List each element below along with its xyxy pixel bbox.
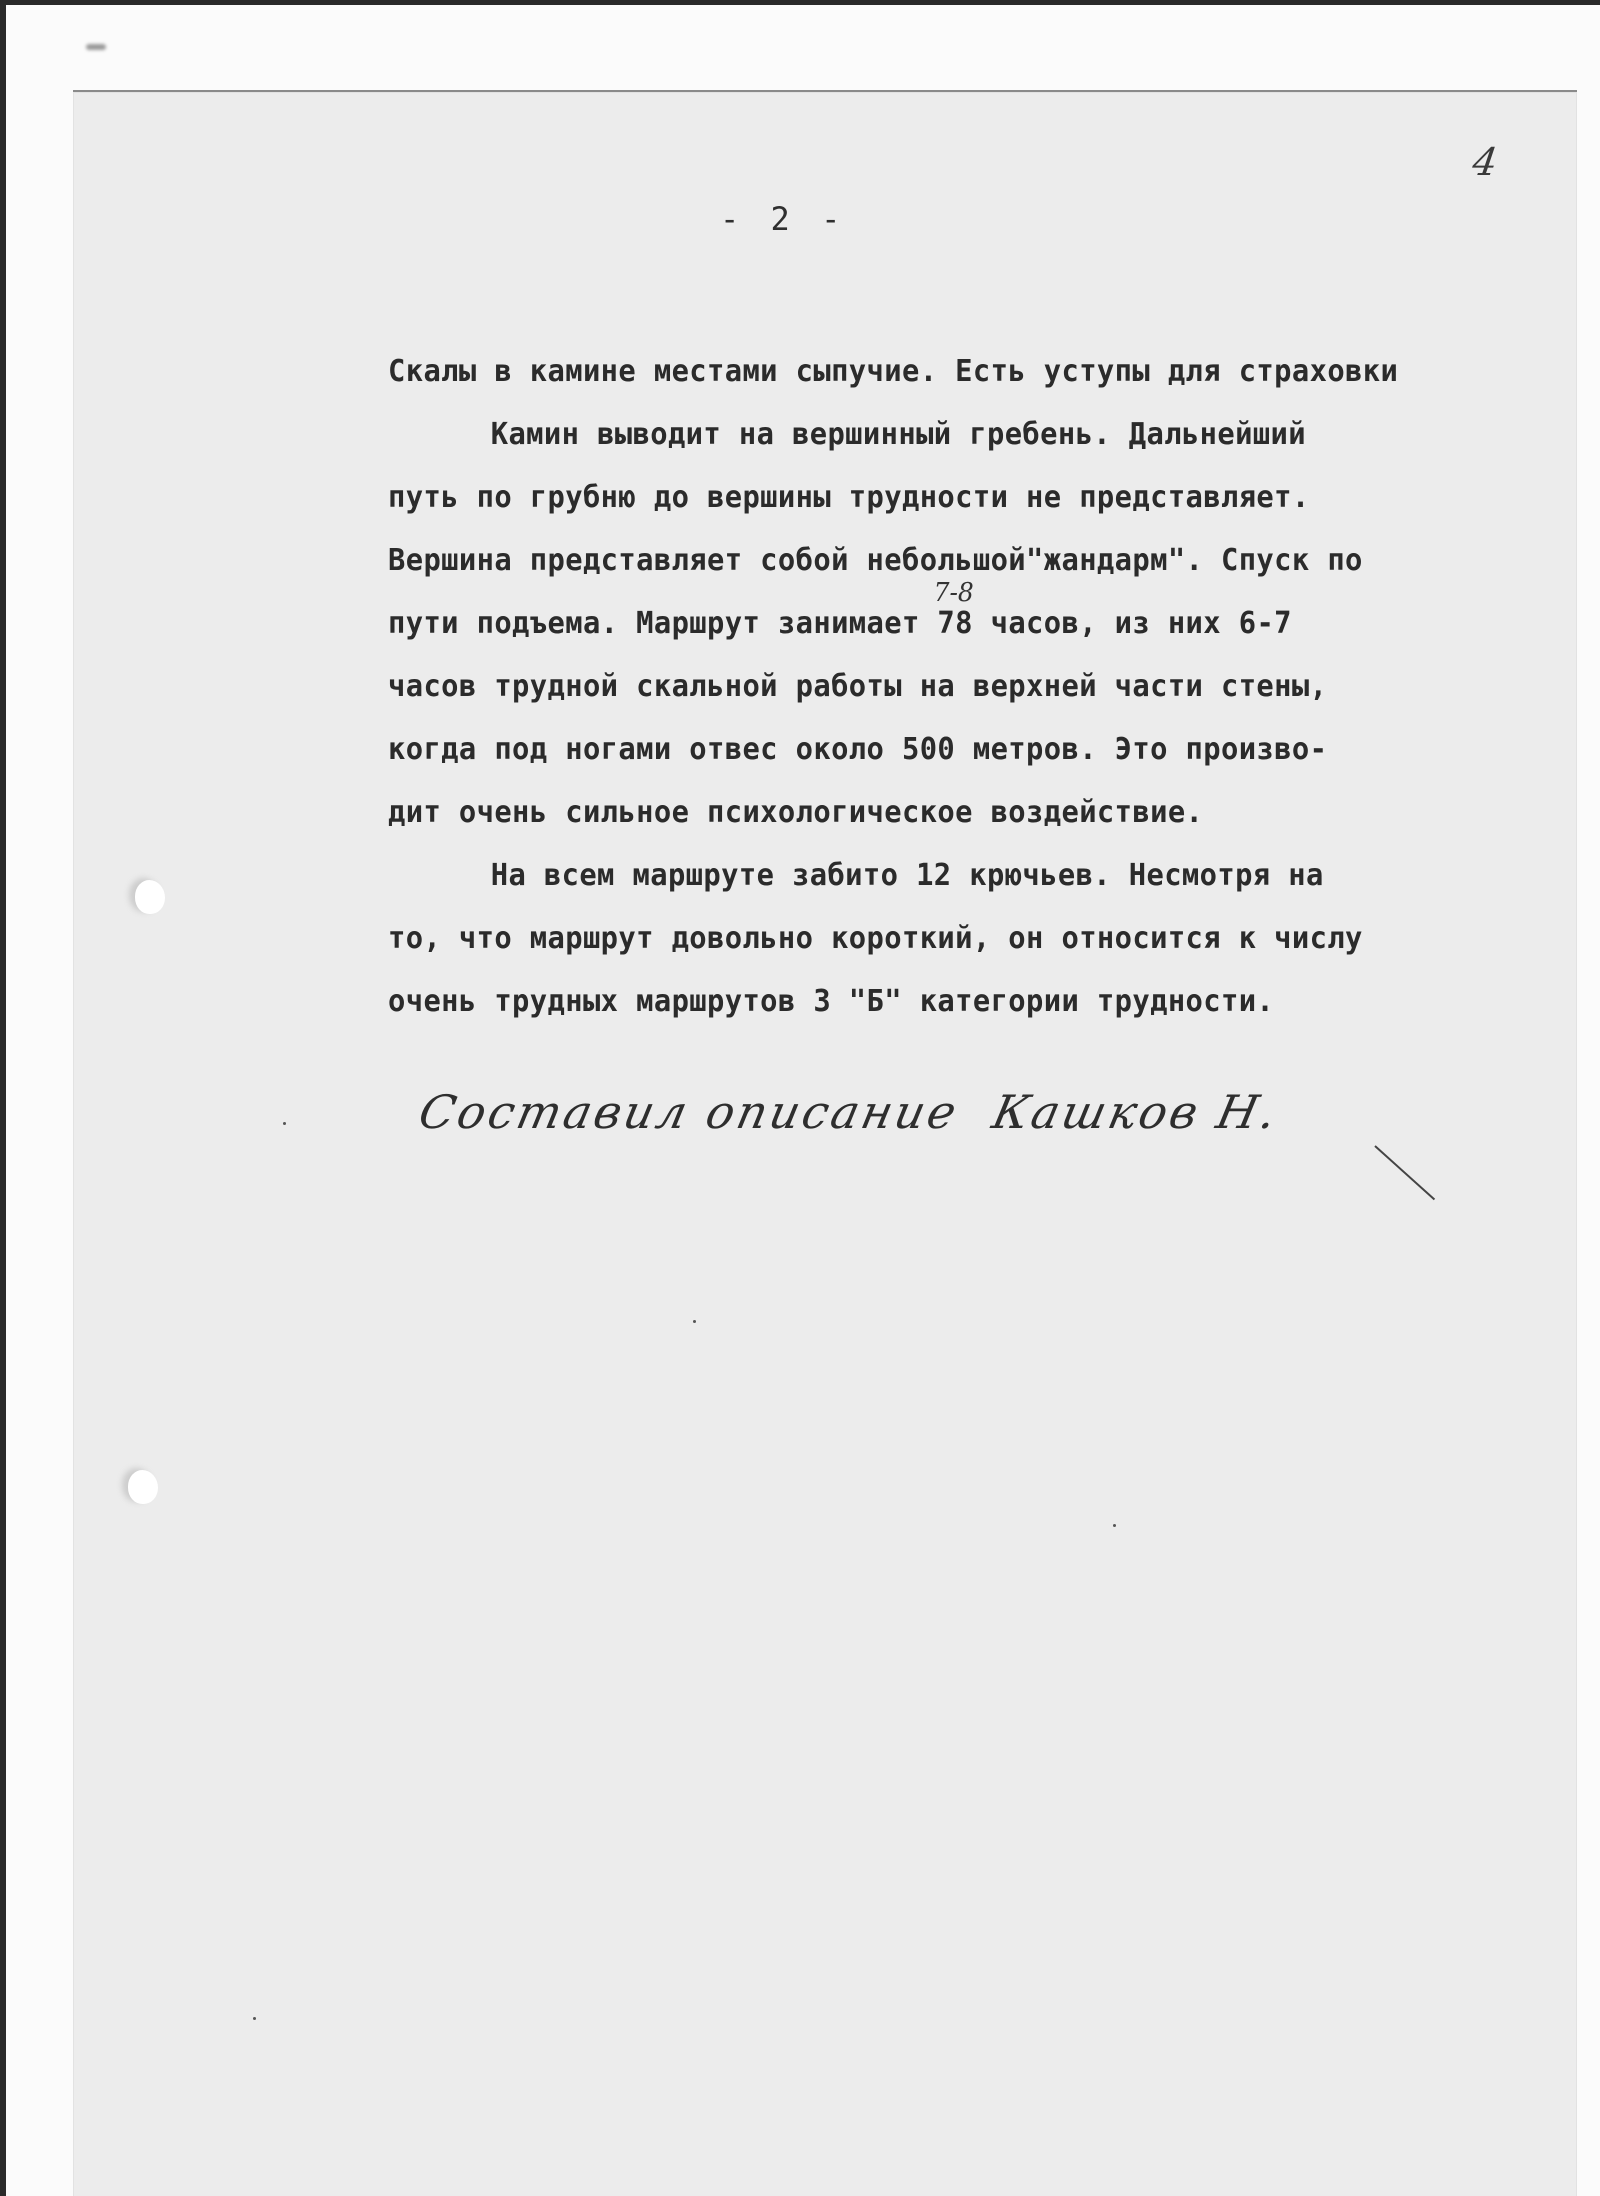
- paper-speck: [693, 1320, 696, 1323]
- text-segment: часов, из них 6-7: [973, 606, 1292, 641]
- scan-smudge: [86, 44, 106, 50]
- handwritten-signature: Составил описание Кашков Н.: [414, 1085, 1284, 1139]
- text-line: то, что маршрут довольно короткий, он от…: [388, 907, 1540, 970]
- text-line: очень трудных маршрутов 3 "Б" категории …: [388, 970, 1540, 1033]
- text-line: дит очень сильное психологическое воздей…: [388, 781, 1540, 844]
- punch-hole-bottom: [128, 1470, 158, 1504]
- annotated-value: 7-878: [937, 592, 972, 655]
- text-line: путь по грубню до вершины трудности не п…: [388, 466, 1540, 529]
- text-segment: пути подъема. Маршрут занимает: [388, 606, 937, 641]
- text-line: Скалы в камине местами сыпучие. Есть уст…: [388, 340, 1540, 403]
- scan-frame-left: [0, 0, 6, 2196]
- text-line: часов трудной скальной работы на верхней…: [388, 655, 1540, 718]
- punch-hole-top: [135, 880, 165, 914]
- text-line: Камин выводит на вершинный гребень. Даль…: [388, 403, 1540, 466]
- text-line: когда под ногами отвес около 500 метров.…: [388, 718, 1540, 781]
- typed-body-text: Скалы в камине местами сыпучие. Есть уст…: [388, 340, 1540, 1033]
- paper-speck: [1113, 1524, 1116, 1527]
- paper-speck: [253, 2017, 256, 2020]
- text-line-with-annotation: пути подъема. Маршрут занимает 7-878 час…: [388, 592, 1540, 655]
- scan-frame-top: [0, 0, 1600, 5]
- paper-speck: [283, 1122, 286, 1125]
- handwritten-correction: 7-8: [934, 562, 974, 625]
- page-number: - 2 -: [720, 200, 846, 238]
- text-line: На всем маршруте забито 12 крючьев. Несм…: [388, 844, 1540, 907]
